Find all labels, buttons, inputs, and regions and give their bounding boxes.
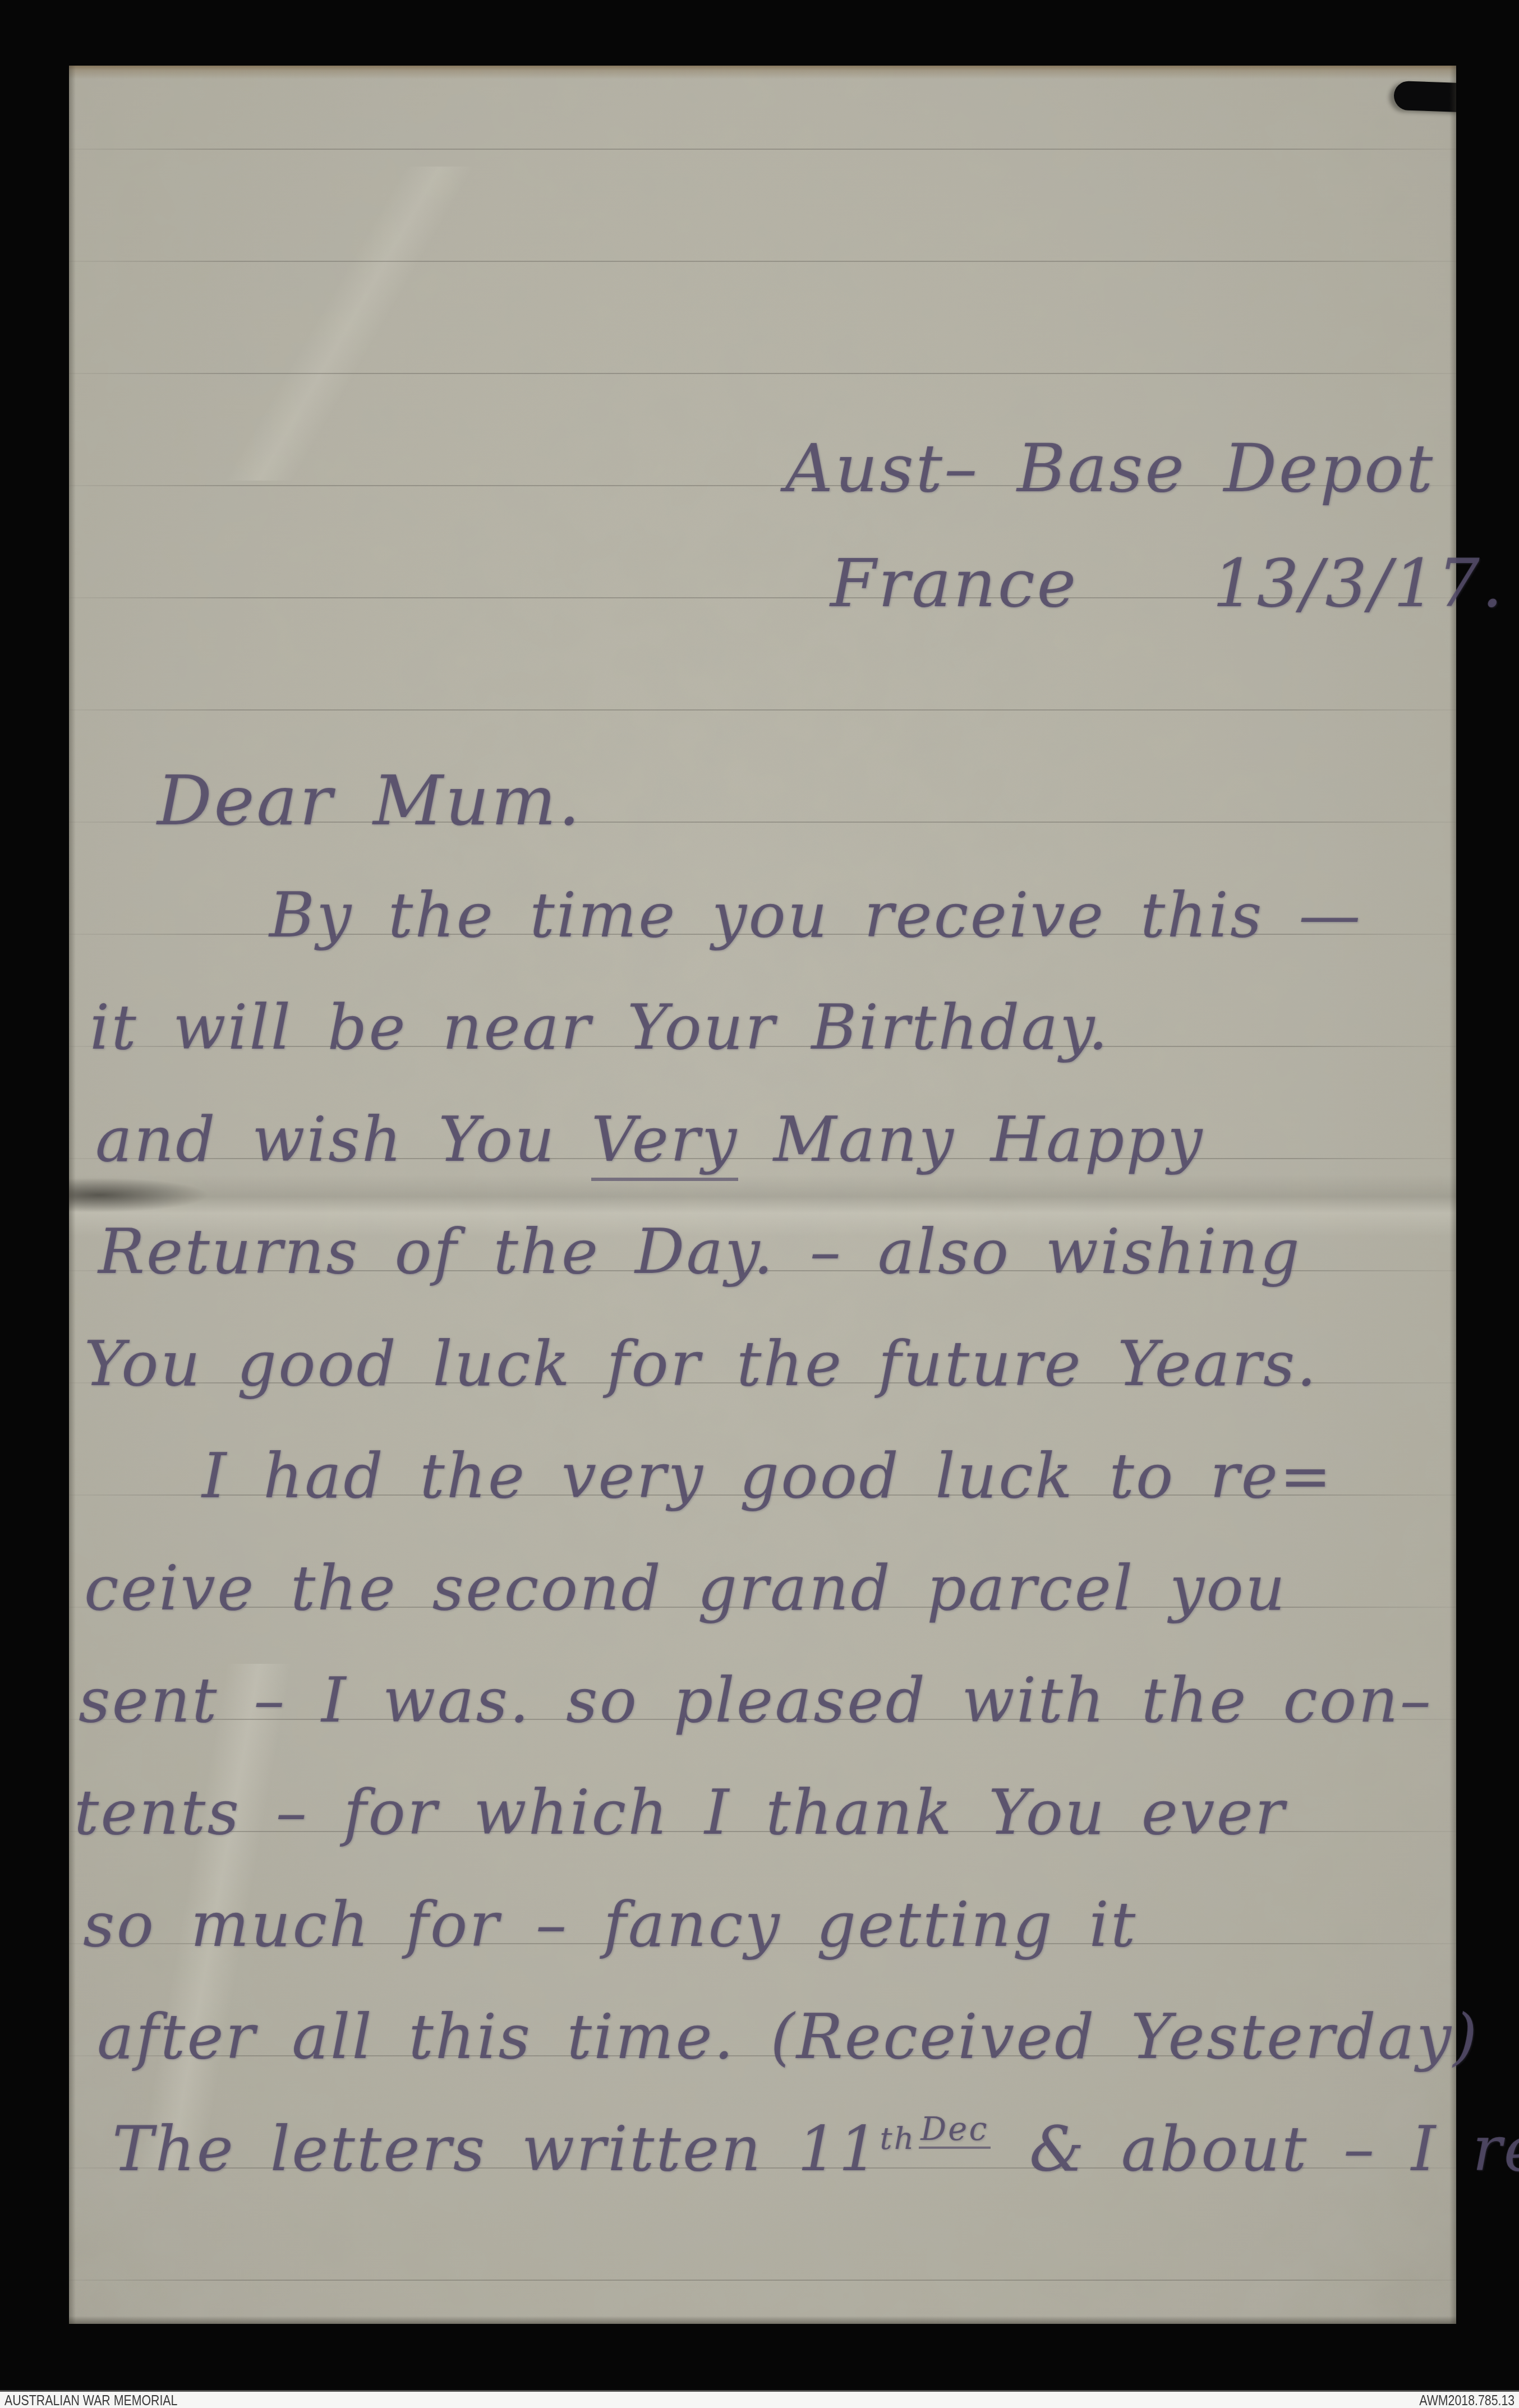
inserted-month-note: Dec <box>919 2114 990 2149</box>
ruled-line <box>69 2280 1456 2281</box>
letter-line-segment: Many Happy <box>738 1104 1204 1175</box>
heading-unit-line: Aust– Base Depot <box>785 435 1435 501</box>
heading-place: France <box>830 545 1078 622</box>
paper-edge <box>69 2316 1456 2324</box>
letter-line-2: it will be near Your Birthday. <box>90 997 1110 1058</box>
institution-watermark: AUSTRALIAN WAR MEMORIAL <box>4 2393 177 2407</box>
paper-edge <box>69 66 1456 79</box>
scan-background: Aust– Base Depot France13/3/17. Dear Mum… <box>0 0 1519 2408</box>
ruled-line <box>69 149 1456 150</box>
fold-smudge <box>69 1178 209 1212</box>
letter-page <box>69 66 1456 2324</box>
letter-line-5: You good luck for the future Years. <box>84 1333 1318 1395</box>
crease-highlight <box>153 167 546 481</box>
letter-line-4: Returns of the Day. – also wishing <box>98 1221 1301 1283</box>
letter-line-7: ceive the second grand parcel you <box>84 1557 1287 1619</box>
watermark-bar: AUSTRALIAN WAR MEMORIAL AWM2018.785.13 <box>0 2390 1519 2408</box>
ruled-line <box>69 373 1456 374</box>
catalog-number: AWM2018.785.13 <box>1419 2393 1515 2407</box>
underlined-word: Very <box>591 1104 738 1181</box>
letter-line-1: By the time you receive this — <box>269 884 1363 946</box>
letter-line-segment: and wish You <box>95 1104 591 1175</box>
letter-line-segment: The letters written 11 <box>112 2113 880 2185</box>
salutation: Dear Mum. <box>157 767 582 835</box>
heading-date: 13/3/17. <box>1213 545 1505 622</box>
letter-line-3: and wish You Very Many Happy <box>95 1109 1204 1170</box>
letter-line-10: so much for – fancy getting it <box>83 1894 1137 1955</box>
letter-line-segment: & about – I re= <box>995 2113 1519 2185</box>
letter-line-8: sent – I was. so pleased with the con– <box>79 1669 1433 1731</box>
paper-edge <box>1449 66 1456 2324</box>
letter-line-9: tents – for which I thank You ever <box>74 1782 1286 1843</box>
letter-line-11: after all this time. (Received Yesterday… <box>97 2006 1479 2068</box>
ruled-line <box>69 261 1456 262</box>
letter-line-6: I had the very good luck to re= <box>202 1445 1333 1507</box>
ruled-line <box>69 709 1456 711</box>
ordinal-superscript: th <box>880 2120 915 2156</box>
heading-place-date-line: France13/3/17. <box>830 550 1505 616</box>
torn-notch <box>1393 81 1456 112</box>
letter-line-12: The letters written 11thDec & about – I … <box>112 2118 1519 2180</box>
paper-edge <box>69 66 76 2324</box>
